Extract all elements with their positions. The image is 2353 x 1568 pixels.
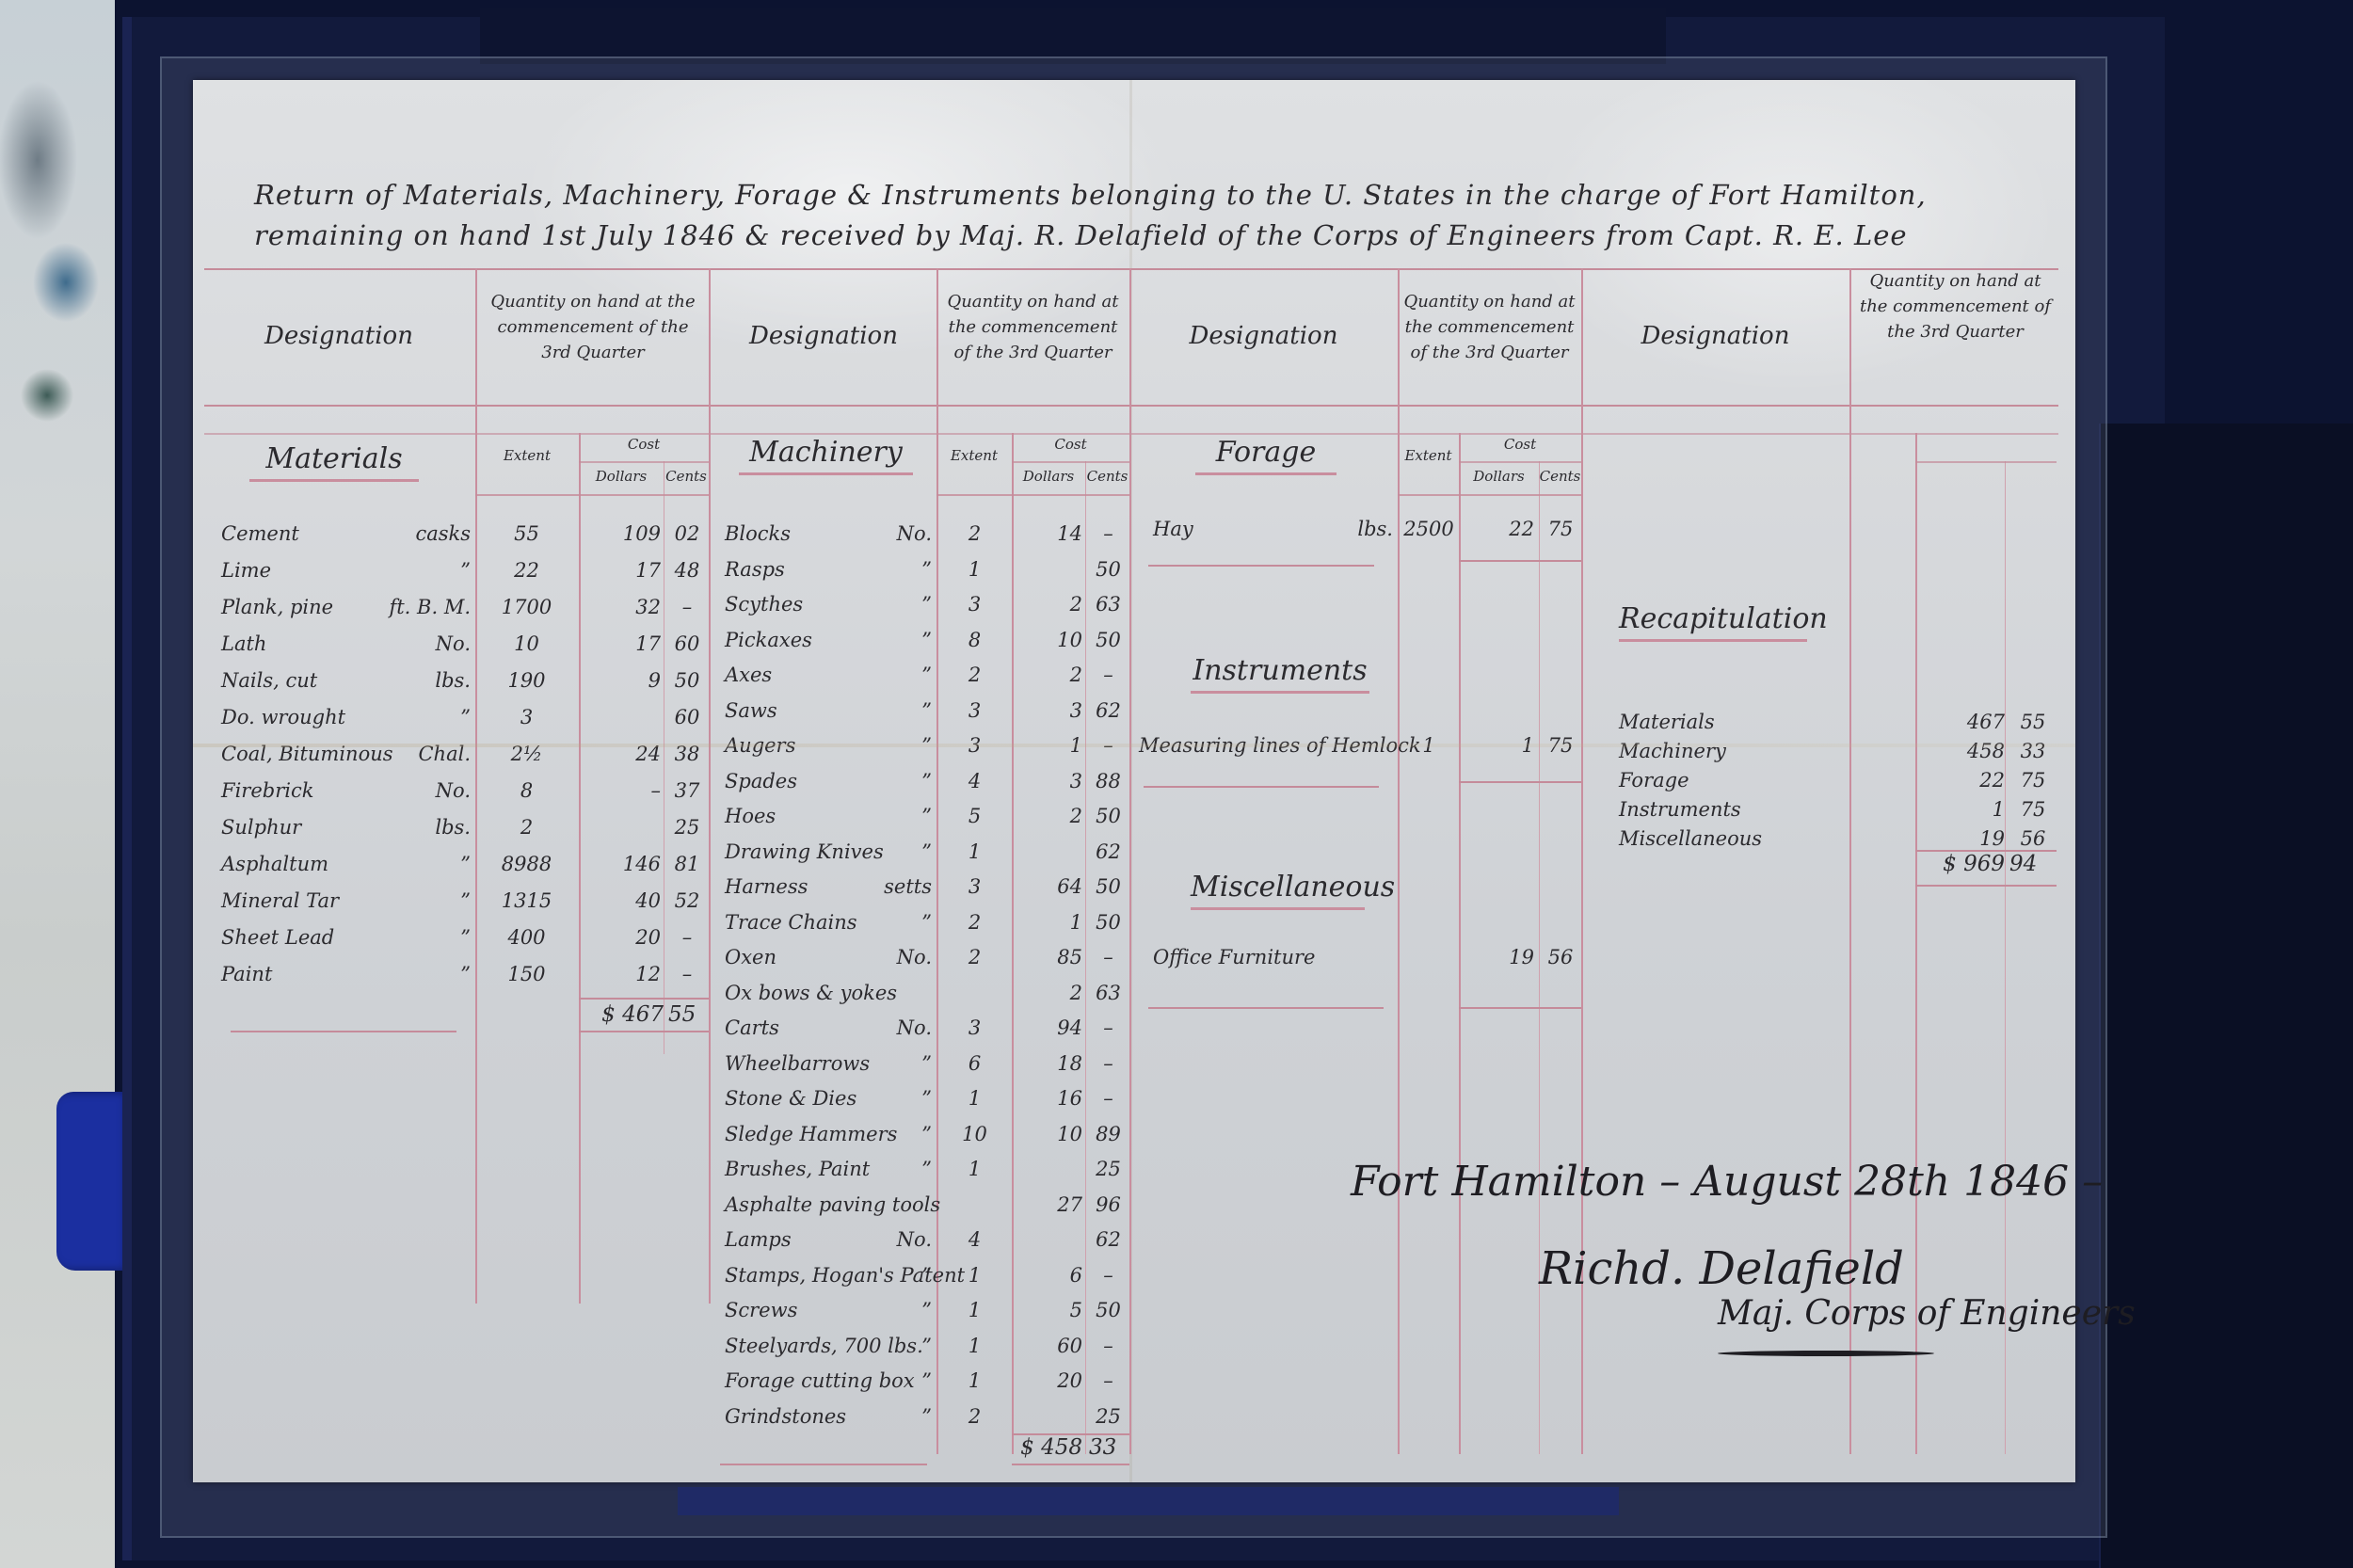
item-cost-cents: – — [1087, 1048, 1129, 1080]
rule-forage-total — [1459, 560, 1581, 562]
item-cost-cents: – — [1087, 518, 1129, 550]
materials-row: Mineral Tar”13154052 — [221, 885, 711, 917]
item-cost-dollars: 14 — [1012, 518, 1082, 550]
materials-row: LathNo.101760 — [221, 628, 711, 660]
item-cost-dollars: 2 — [1012, 800, 1082, 832]
rule-materials-total — [579, 998, 709, 1000]
item-extent: 1 — [939, 1259, 1010, 1291]
frame-side-tab — [56, 1092, 132, 1271]
section-materials-heading: Materials — [249, 442, 419, 482]
materials-total-dollars: $ 467 — [579, 1002, 664, 1027]
item-cost-cents: – — [1087, 941, 1129, 973]
item-cost-cents: – — [1087, 1012, 1129, 1044]
item-cost-cents: 60 — [665, 701, 709, 733]
item-cost-cents: 63 — [1087, 588, 1129, 620]
machinery-row: Grindstones”225 — [725, 1400, 1129, 1432]
rule-misc-total — [1459, 1007, 1581, 1009]
item-cost-cents: 25 — [1087, 1400, 1129, 1432]
subheader-cost: Cost — [1012, 436, 1129, 453]
item-cost-cents: – — [1087, 1259, 1129, 1291]
item-cost-cents: 60 — [665, 628, 709, 660]
signature-flourish — [1718, 1351, 1934, 1356]
item-extent: 4 — [939, 765, 1010, 797]
item-cost-cents: 25 — [665, 811, 709, 843]
item-cost-cents: 96 — [1087, 1189, 1129, 1221]
recap-cents: 75 — [2009, 764, 2057, 796]
subheader-cents: Cents — [664, 468, 709, 485]
machinery-row: Screws”1550 — [725, 1294, 1129, 1326]
materials-row: Do. wrought”360 — [221, 701, 711, 733]
item-cost-dollars: 85 — [1012, 941, 1082, 973]
item-unit: ” — [861, 553, 932, 585]
item-cost-dollars: 60 — [1012, 1330, 1082, 1362]
item-cost-cents: – — [1087, 1330, 1129, 1362]
item-extent: 1 — [939, 1330, 1010, 1362]
item-unit: ” — [381, 958, 471, 990]
machinery-row: Trace Chains”2150 — [725, 906, 1129, 938]
subheader-cost: Cost — [1459, 436, 1581, 453]
item-cost-dollars: 17 — [581, 554, 661, 586]
item-unit: ” — [861, 1118, 932, 1150]
item-cost-dollars: 2 — [1012, 588, 1082, 620]
item-cost-cents: – — [1087, 1082, 1129, 1114]
machinery-row: Asphalte paving tools2796 — [725, 1189, 1129, 1221]
item-unit: ” — [381, 554, 471, 586]
item-cost-cents: 50 — [1087, 800, 1129, 832]
rule-subheader-bottom — [475, 494, 709, 496]
recap-category: Materials — [1619, 706, 1826, 738]
machinery-row: Sledge Hammers”101089 — [725, 1118, 1129, 1150]
rule-cost-split — [1012, 461, 1129, 463]
item-unit: ” — [381, 701, 471, 733]
item-cost-cents: 50 — [1087, 624, 1129, 656]
item-name: Measuring lines of Hemlock — [1139, 729, 1384, 761]
item-cost-cents: 50 — [1087, 871, 1129, 903]
machinery-row: CartsNo.394– — [725, 1012, 1129, 1044]
background-blurred-room — [0, 0, 122, 1568]
machinery-total-dollars: $ 458 — [1007, 1435, 1082, 1460]
signature-place-date: Fort Hamilton – August 28th 1846 – — [1351, 1158, 2103, 1206]
header-designation: Designation — [715, 315, 932, 357]
item-unit: ” — [861, 1365, 932, 1397]
machinery-row: OxenNo.285– — [725, 941, 1129, 973]
item-extent: 2500 — [1400, 513, 1458, 545]
item-cost-cents: 02 — [665, 518, 709, 550]
item-cost-dollars: 18 — [1012, 1048, 1082, 1080]
item-unit: ” — [861, 800, 932, 832]
materials-row: Asphaltum”898814681 — [221, 848, 711, 880]
item-extent: 1700 — [477, 591, 576, 623]
signature-name: Richd. Delafield — [1539, 1242, 1904, 1295]
section-recapitulation-heading: Recapitulation — [1619, 602, 1807, 642]
item-cost-dollars: 40 — [581, 885, 661, 917]
rule-machinery-total-bottom — [1012, 1464, 1129, 1465]
frame-top-bar — [480, 8, 1666, 64]
item-extent: 2 — [939, 941, 1010, 973]
item-name: Asphalte paving tools — [725, 1189, 932, 1221]
subheader-cents: Cents — [1539, 468, 1581, 485]
item-unit: No. — [861, 1012, 932, 1044]
rule-cost-split — [579, 461, 709, 463]
header-quantity-on-hand: Quantity on hand at the commencement of … — [1402, 289, 1577, 365]
item-cost-dollars: 1 — [1012, 906, 1082, 938]
rule-machinery-end — [720, 1464, 927, 1465]
item-unit: ” — [381, 885, 471, 917]
document-title-line-2: remaining on hand 1st July 1846 & receiv… — [254, 219, 1908, 251]
recap-category: Forage — [1619, 764, 1826, 796]
item-cost-cents: 63 — [1087, 977, 1129, 1009]
item-cost-cents: 48 — [665, 554, 709, 586]
machinery-row: Rasps”150 — [725, 553, 1129, 585]
item-extent: 10 — [477, 628, 576, 660]
item-cost-dollars: 5 — [1012, 1294, 1082, 1326]
item-cost-dollars: 6 — [1012, 1259, 1082, 1291]
materials-row: Nails, cutlbs.190950 — [221, 664, 711, 696]
item-unit: ” — [861, 588, 932, 620]
recap-cents: 75 — [2009, 793, 2057, 825]
machinery-row: Scythes”3263 — [725, 588, 1129, 620]
machinery-row: Pickaxes”81050 — [725, 624, 1129, 656]
item-cost-dollars: 24 — [581, 738, 661, 770]
recap-dollars: 467 — [1915, 706, 2005, 738]
item-extent: 2 — [939, 906, 1010, 938]
item-cost-dollars: 2 — [1012, 659, 1082, 691]
rule-recap-total-bottom — [1915, 885, 2057, 887]
subheader-extent: Extent — [936, 447, 1012, 464]
recap-category: Machinery — [1619, 735, 1826, 767]
item-extent: 3 — [939, 871, 1010, 903]
rule-subheader-bottom — [1398, 494, 1581, 496]
item-cost-cents: 88 — [1087, 765, 1129, 797]
item-extent: 4 — [939, 1224, 1010, 1256]
subheader-cost: Cost — [579, 436, 709, 453]
item-extent: 1 — [939, 553, 1010, 585]
item-unit: ” — [861, 1082, 932, 1114]
item-cost-cents: 75 — [1541, 513, 1580, 545]
item-cost-dollars: 1 — [1012, 729, 1082, 761]
item-extent: 2 — [939, 1400, 1010, 1432]
item-unit: ” — [861, 906, 932, 938]
item-extent: 1 — [939, 1153, 1010, 1185]
item-unit: ” — [381, 848, 471, 880]
item-cost-cents: 50 — [665, 664, 709, 696]
item-cost-dollars: 10 — [1012, 1118, 1082, 1150]
rule-cost-split — [1915, 461, 2057, 463]
recapitulation-row: Forage2275 — [1619, 764, 2057, 796]
item-cost-dollars: 3 — [1012, 695, 1082, 727]
item-extent: 3 — [939, 729, 1010, 761]
rule-col — [1398, 268, 1400, 1454]
item-cost-cents: 50 — [1087, 553, 1129, 585]
rule-col — [1129, 268, 1131, 1454]
item-extent: 8 — [477, 775, 576, 807]
item-unit: No. — [861, 518, 932, 550]
item-cost-dollars: 20 — [1012, 1365, 1082, 1397]
materials-row: Cementcasks5510902 — [221, 518, 711, 550]
instruments-row: Measuring lines of Hemlock1175 — [1139, 729, 1581, 761]
section-miscellaneous-heading: Miscellaneous — [1191, 871, 1365, 910]
item-cost-cents: 62 — [1087, 1224, 1129, 1256]
item-extent: 8988 — [477, 848, 576, 880]
signature-title: Maj. Corps of Engineers — [1718, 1294, 2136, 1333]
item-cost-dollars: 16 — [1012, 1082, 1082, 1114]
rule-materials-total-bottom — [579, 1031, 709, 1032]
rule-forage-end — [1148, 565, 1374, 567]
item-extent: 2 — [477, 811, 576, 843]
item-unit: ” — [861, 1259, 932, 1291]
recap-category: Instruments — [1619, 793, 1826, 825]
item-unit: setts — [861, 871, 932, 903]
recap-cents: 33 — [2009, 735, 2057, 767]
materials-row: Sulphurlbs.225 — [221, 811, 711, 843]
item-cost-dollars: 10 — [1012, 624, 1082, 656]
item-cost-cents: 89 — [1087, 1118, 1129, 1150]
item-unit: No. — [381, 775, 471, 807]
materials-row: FirebrickNo.8–37 — [221, 775, 711, 807]
machinery-row: Stone & Dies”116– — [725, 1082, 1129, 1114]
machinery-row: Steelyards, 700 lbs.”160– — [725, 1330, 1129, 1362]
item-extent: 2 — [939, 659, 1010, 691]
item-extent: 150 — [477, 958, 576, 990]
item-cost-cents: 50 — [1087, 1294, 1129, 1326]
item-extent: 22 — [477, 554, 576, 586]
item-cost-dollars: 94 — [1012, 1012, 1082, 1044]
recapitulation-row: Instruments175 — [1619, 793, 2057, 825]
item-cost-dollars: 146 — [581, 848, 661, 880]
item-extent: 55 — [477, 518, 576, 550]
item-unit: ” — [861, 1294, 932, 1326]
rule-header-top — [204, 268, 2058, 270]
item-extent: 2½ — [477, 738, 576, 770]
miscellaneous-row: Office Furniture1956 — [1153, 941, 1581, 973]
item-cost-cents: – — [665, 591, 709, 623]
machinery-row: Brushes, Paint”125 — [725, 1153, 1129, 1185]
recap-total-dollars: $ 969 — [1915, 852, 2005, 876]
item-unit: ” — [861, 765, 932, 797]
subheader-cents: Cents — [1085, 468, 1129, 485]
machinery-row: Stamps, Hogan's Patent”16– — [725, 1259, 1129, 1291]
item-extent: 3 — [939, 1012, 1010, 1044]
item-extent: 1 — [939, 1294, 1010, 1326]
rule-header-bottom — [204, 405, 2058, 407]
item-unit: No. — [381, 628, 471, 660]
item-unit: ” — [861, 624, 932, 656]
item-name: Hay — [1153, 513, 1304, 545]
machinery-row: LampsNo.462 — [725, 1224, 1129, 1256]
subheader-extent: Extent — [1398, 447, 1459, 464]
item-cost-cents: 50 — [1087, 906, 1129, 938]
item-cost-cents: – — [1087, 659, 1129, 691]
item-cost-cents: 81 — [665, 848, 709, 880]
recap-dollars: 22 — [1915, 764, 2005, 796]
item-cost-dollars: 109 — [581, 518, 661, 550]
item-cost-dollars: 12 — [581, 958, 661, 990]
item-cost-dollars: 9 — [581, 664, 661, 696]
subheader-dollars: Dollars — [579, 468, 664, 485]
header-quantity-on-hand: Quantity on hand at the commencement of … — [1854, 268, 2057, 344]
item-unit: lbs. — [381, 664, 471, 696]
section-machinery-heading: Machinery — [739, 436, 913, 475]
item-extent: 10 — [939, 1118, 1010, 1150]
machinery-row: Ox bows & yokes263 — [725, 977, 1129, 1009]
item-unit: ” — [861, 659, 932, 691]
recap-category: Miscellaneous — [1619, 823, 1826, 855]
item-cost-cents: 62 — [1087, 836, 1129, 868]
item-extent: 1 — [1400, 729, 1458, 761]
item-cost-cents: – — [1087, 1365, 1129, 1397]
machinery-total-cents: 33 — [1089, 1435, 1129, 1460]
recap-total-cents: 94 — [2009, 852, 2057, 876]
machinery-row: Drawing Knives”162 — [725, 836, 1129, 868]
subheader-extent: Extent — [475, 447, 579, 464]
item-name: Office Furniture — [1153, 941, 1360, 973]
item-cost-dollars: – — [581, 775, 661, 807]
header-quantity-on-hand: Quantity on hand at the commencement of … — [941, 289, 1125, 365]
item-name: Ox bows & yokes — [725, 977, 932, 1009]
item-unit: ” — [861, 1048, 932, 1080]
rule-instruments-total — [1459, 781, 1581, 783]
machinery-row: Augers”31– — [725, 729, 1129, 761]
materials-row: Paint”15012– — [221, 958, 711, 990]
recapitulation-row: Materials46755 — [1619, 706, 2057, 738]
item-cost-cents: – — [665, 958, 709, 990]
item-extent: 190 — [477, 664, 576, 696]
recap-cents: 55 — [2009, 706, 2057, 738]
recapitulation-row: Machinery45833 — [1619, 735, 2057, 767]
item-unit: ” — [861, 1153, 932, 1185]
materials-row: Sheet Lead”40020– — [221, 921, 711, 953]
item-extent: 1 — [939, 836, 1010, 868]
item-cost-dollars: 1 — [1459, 729, 1534, 761]
item-unit: Chal. — [381, 738, 471, 770]
rule-subheader-top — [204, 433, 2058, 435]
item-extent: 1315 — [477, 885, 576, 917]
item-extent: 8 — [939, 624, 1010, 656]
item-extent: 5 — [939, 800, 1010, 832]
item-unit: ” — [861, 729, 932, 761]
section-instruments-heading: Instruments — [1191, 654, 1369, 694]
item-extent: 3 — [939, 695, 1010, 727]
item-unit: ” — [861, 836, 932, 868]
item-extent: 400 — [477, 921, 576, 953]
item-extent: 6 — [939, 1048, 1010, 1080]
item-extent: 2 — [939, 518, 1010, 550]
machinery-row: Saws”3362 — [725, 695, 1129, 727]
item-cost-dollars: 3 — [1012, 765, 1082, 797]
materials-row: Coal, BituminousChal.2½2438 — [221, 738, 711, 770]
item-unit: ” — [381, 921, 471, 953]
item-cost-dollars: 64 — [1012, 871, 1082, 903]
section-forage-heading: Forage — [1195, 436, 1337, 475]
item-unit: lbs. — [381, 811, 471, 843]
forage-row: Haylbs.25002275 — [1153, 513, 1581, 545]
item-cost-dollars: 27 — [1012, 1189, 1082, 1221]
item-extent: 3 — [939, 588, 1010, 620]
item-cost-cents: 52 — [665, 885, 709, 917]
item-cost-cents: 37 — [665, 775, 709, 807]
item-cost-cents: 62 — [1087, 695, 1129, 727]
item-cost-dollars: 32 — [581, 591, 661, 623]
item-extent: 1 — [939, 1082, 1010, 1114]
item-cost-cents: – — [665, 921, 709, 953]
frame-bottom-strip — [678, 1487, 1619, 1515]
header-designation: Designation — [212, 315, 466, 357]
item-unit: ft. B. M. — [381, 591, 471, 623]
machinery-row: BlocksNo.214– — [725, 518, 1129, 550]
item-cost-cents: 75 — [1541, 729, 1580, 761]
item-unit: ” — [861, 1400, 932, 1432]
item-extent: 3 — [477, 701, 576, 733]
materials-row: Plank, pineft. B. M.170032– — [221, 591, 711, 623]
subheader-dollars: Dollars — [1012, 468, 1085, 485]
rule-instruments-end — [1144, 786, 1379, 788]
materials-total-cents: 55 — [668, 1002, 709, 1027]
machinery-row: Wheelbarrows”618– — [725, 1048, 1129, 1080]
item-cost-cents: 25 — [1087, 1153, 1129, 1185]
item-unit: ” — [861, 1330, 932, 1362]
item-cost-dollars: 17 — [581, 628, 661, 660]
document-title-line-1: Return of Materials, Machinery, Forage &… — [254, 179, 1927, 211]
rule-subheader-bottom — [936, 494, 1129, 496]
recap-dollars: 458 — [1915, 735, 2005, 767]
item-unit: lbs. — [1304, 513, 1393, 545]
item-unit: ” — [861, 695, 932, 727]
item-unit: casks — [381, 518, 471, 550]
item-unit: No. — [861, 941, 932, 973]
machinery-row: Spades”4388 — [725, 765, 1129, 797]
materials-row: Lime”221748 — [221, 554, 711, 586]
item-cost-dollars: 20 — [581, 921, 661, 953]
header-designation: Designation — [1134, 315, 1393, 357]
subheader-dollars: Dollars — [1459, 468, 1539, 485]
item-extent: 1 — [939, 1365, 1010, 1397]
machinery-row: Axes”22– — [725, 659, 1129, 691]
item-cost-dollars: 19 — [1459, 941, 1534, 973]
rule-materials-end — [231, 1031, 456, 1032]
rule-misc-end — [1148, 1007, 1384, 1009]
recap-dollars: 1 — [1915, 793, 2005, 825]
item-cost-cents: 38 — [665, 738, 709, 770]
machinery-row: Forage cutting box”120– — [725, 1365, 1129, 1397]
header-designation: Designation — [1586, 315, 1845, 357]
frame-right-panel — [2099, 424, 2353, 1568]
ledger-document: Return of Materials, Machinery, Forage &… — [193, 80, 2075, 1482]
machinery-row: Harnesssetts36450 — [725, 871, 1129, 903]
item-cost-cents: – — [1087, 729, 1129, 761]
rule-cost-split — [1459, 461, 1581, 463]
header-quantity-on-hand: Quantity on hand at the commencement of … — [480, 289, 706, 365]
item-unit: No. — [861, 1224, 932, 1256]
item-cost-dollars: 2 — [1012, 977, 1082, 1009]
item-cost-dollars: 22 — [1459, 513, 1534, 545]
item-cost-cents: 56 — [1541, 941, 1580, 973]
machinery-row: Hoes”5250 — [725, 800, 1129, 832]
